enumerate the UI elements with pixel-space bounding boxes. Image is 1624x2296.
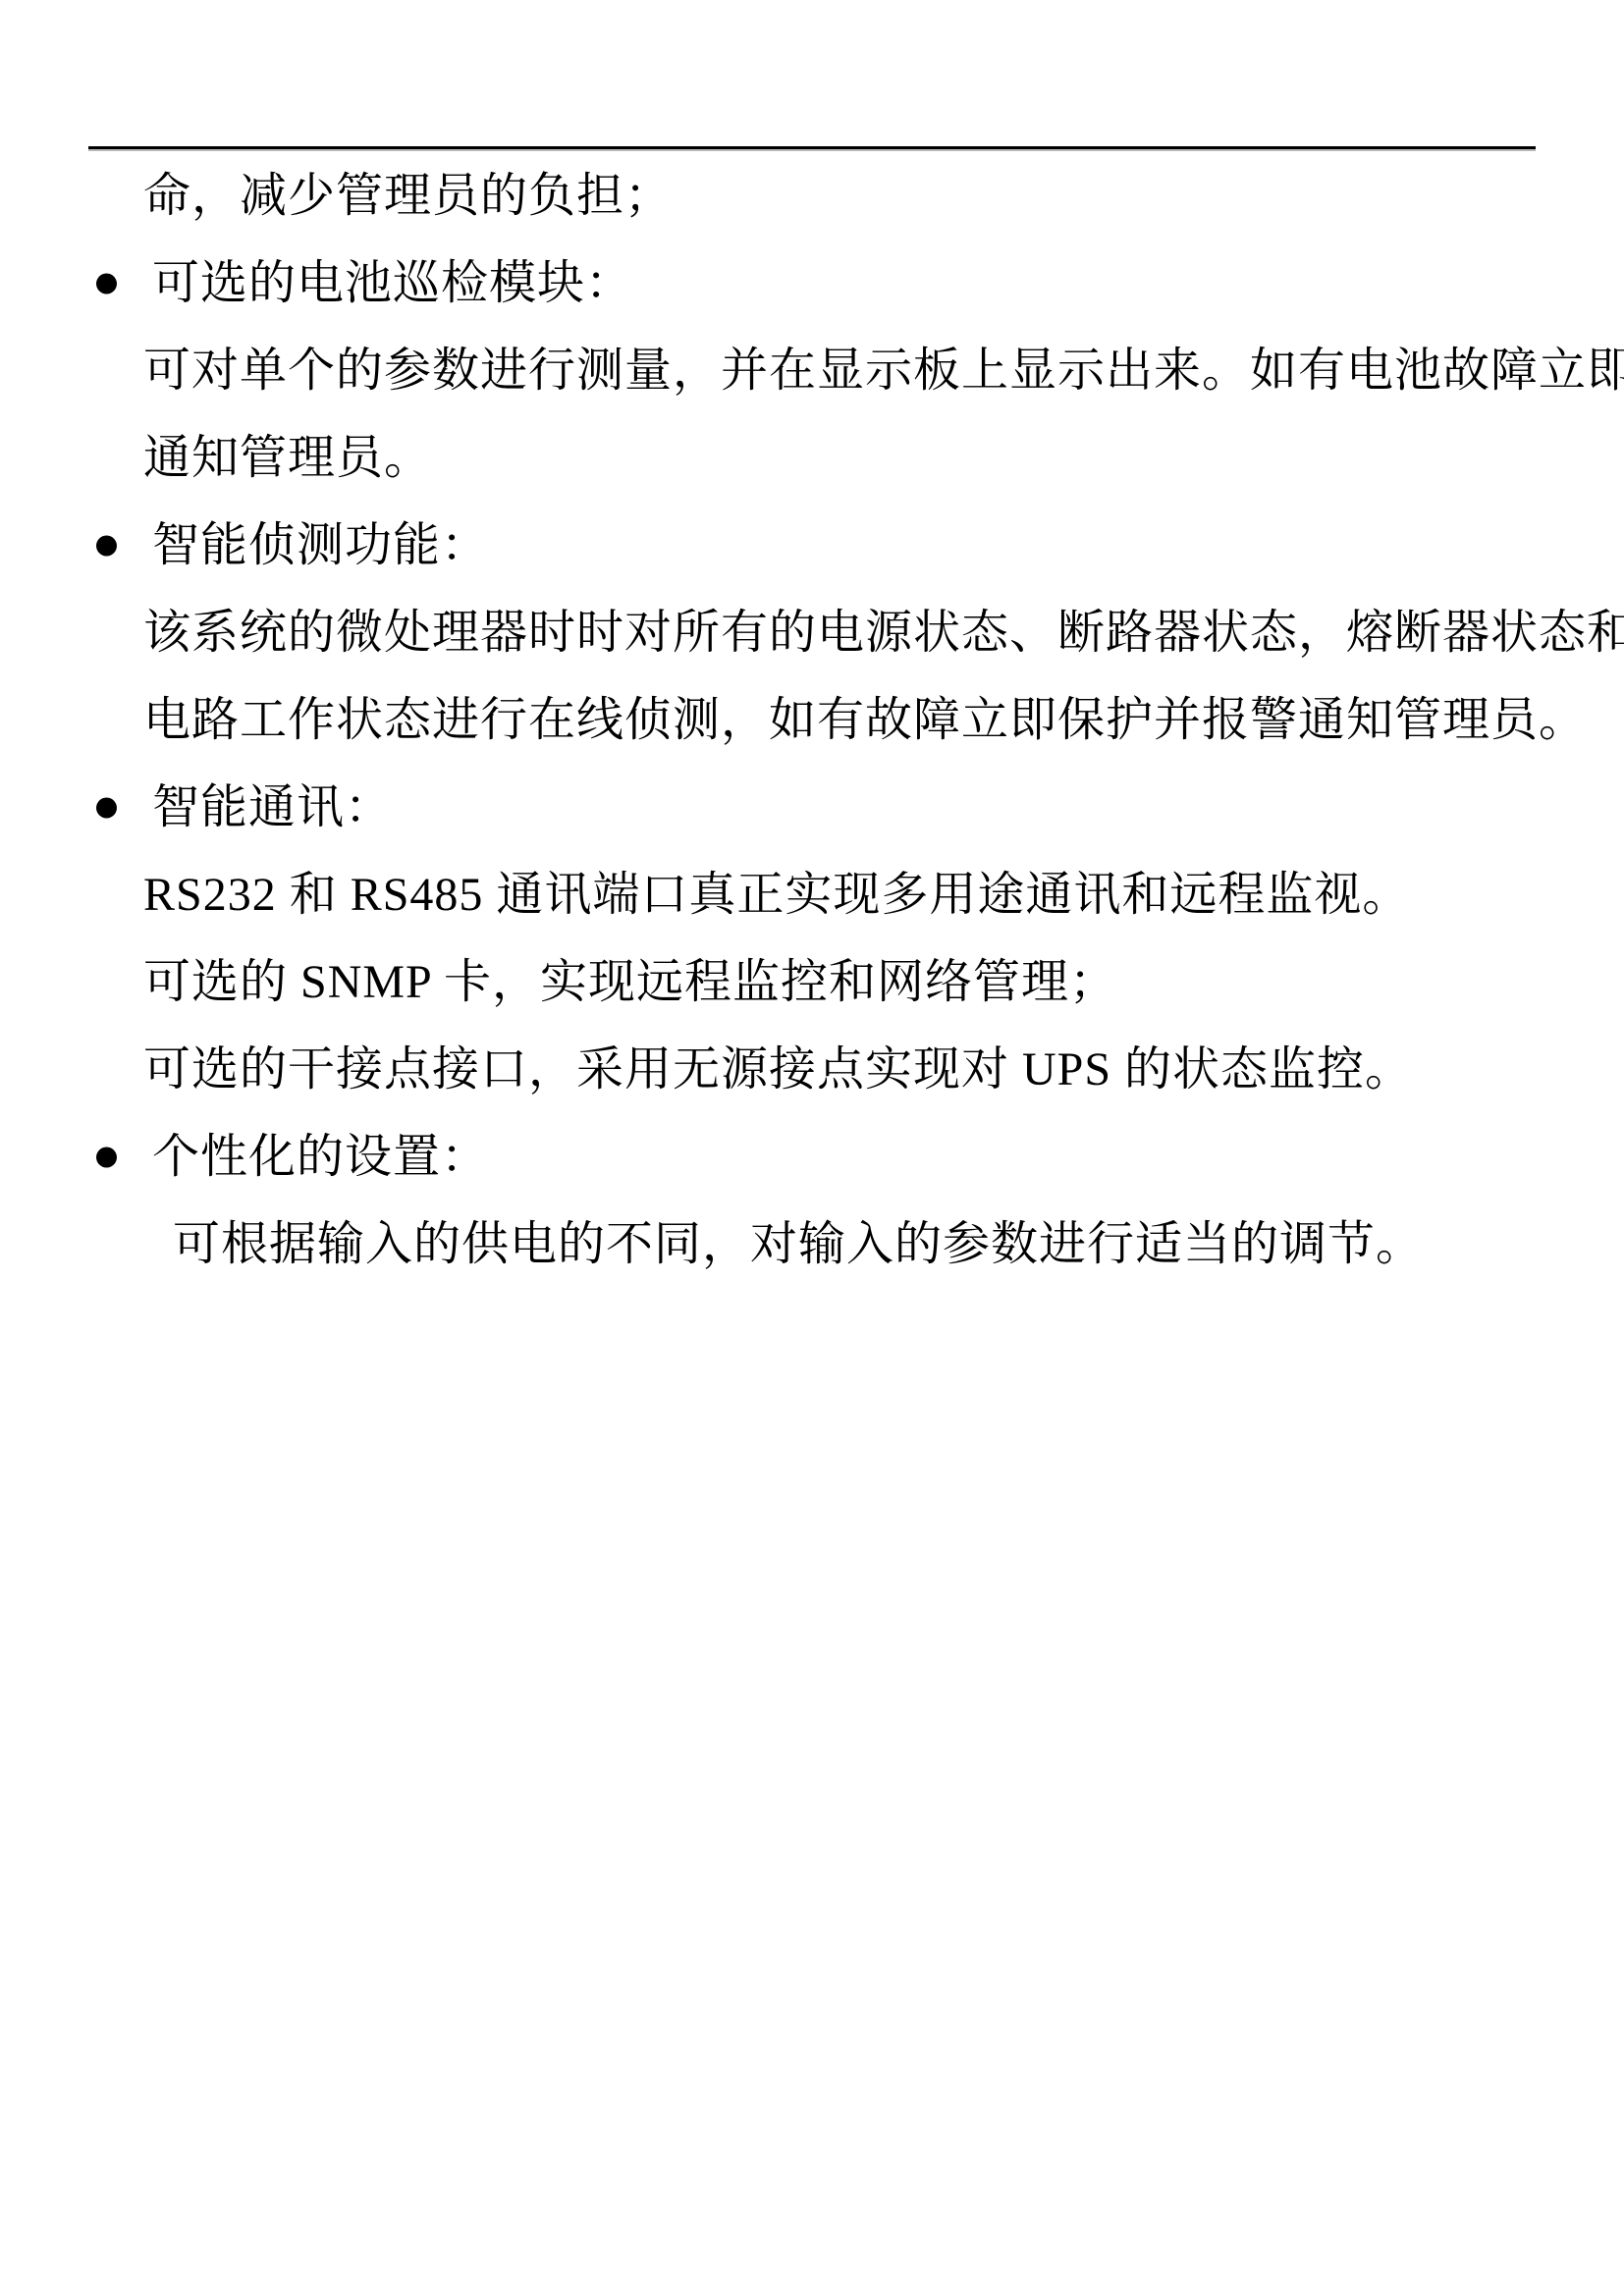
list-item-text: 可对单个的参数进行测量，并在显示板上显示出来。如有电池故障立即报警， — [143, 347, 1624, 395]
list-item-text: 可根据输入的供电的不同，对输入的参数进行适当的调节。 — [173, 1221, 1424, 1268]
list-item-text: 智能侦测功能： — [152, 522, 489, 569]
bullet-icon — [96, 535, 117, 556]
list-item: 智能侦测功能： — [88, 502, 1600, 589]
content-area: 命，减少管理员的负担； 可选的电池巡检模块： 可对单个的参数进行测量，并在显示板… — [88, 152, 1600, 1288]
list-item-text: 可选的干接点接口，采用无源接点实现对 UPS 的状态监控。 — [143, 1046, 1413, 1094]
list-item-text: 可选的 SNMP 卡，实现远程监控和网络管理； — [143, 959, 1117, 1006]
list-item: 个性化的设置： — [88, 1113, 1600, 1201]
list-item-text: 可选的电池巡检模块： — [152, 260, 633, 307]
list-item: 智能通讯： — [88, 764, 1600, 851]
list-item: 可选的电池巡检模块： — [88, 240, 1600, 327]
bullet-icon — [96, 273, 117, 294]
list-item: 可选的 SNMP 卡，实现远程监控和网络管理； — [88, 938, 1600, 1026]
list-item: 可根据输入的供电的不同，对输入的参数进行适当的调节。 — [88, 1201, 1600, 1288]
document-page: 命，减少管理员的负担； 可选的电池巡检模块： 可对单个的参数进行测量，并在显示板… — [0, 0, 1624, 2296]
list-item-text: 命，减少管理员的负担； — [143, 173, 673, 220]
list-item-text: RS232 和 RS485 通讯端口真正实现多用途通讯和远程监视。 — [143, 872, 1410, 919]
list-item-text: 该系统的微处理器时时对所有的电源状态、断路器状态，熔断器状态和所有的 — [143, 610, 1624, 657]
list-item: 通知管理员。 — [88, 414, 1600, 502]
list-item-text: 智能通讯： — [152, 784, 393, 831]
list-item: 该系统的微处理器时时对所有的电源状态、断路器状态，熔断器状态和所有的 — [88, 589, 1600, 676]
list-item-text: 个性化的设置： — [152, 1134, 489, 1181]
list-item-text: 电路工作状态进行在线侦测，如有故障立即保护并报警通知管理员。 — [143, 697, 1587, 744]
bullet-icon — [96, 1147, 117, 1167]
list-item: 电路工作状态进行在线侦测，如有故障立即保护并报警通知管理员。 — [88, 676, 1600, 764]
list-item: 可对单个的参数进行测量，并在显示板上显示出来。如有电池故障立即报警， — [88, 327, 1600, 414]
header-rule — [88, 146, 1536, 151]
list-item: RS232 和 RS485 通讯端口真正实现多用途通讯和远程监视。 — [88, 851, 1600, 938]
list-item: 可选的干接点接口，采用无源接点实现对 UPS 的状态监控。 — [88, 1026, 1600, 1113]
list-item-text: 通知管理员。 — [143, 435, 432, 482]
list-item: 命，减少管理员的负担； — [88, 152, 1600, 240]
bullet-icon — [96, 797, 117, 818]
